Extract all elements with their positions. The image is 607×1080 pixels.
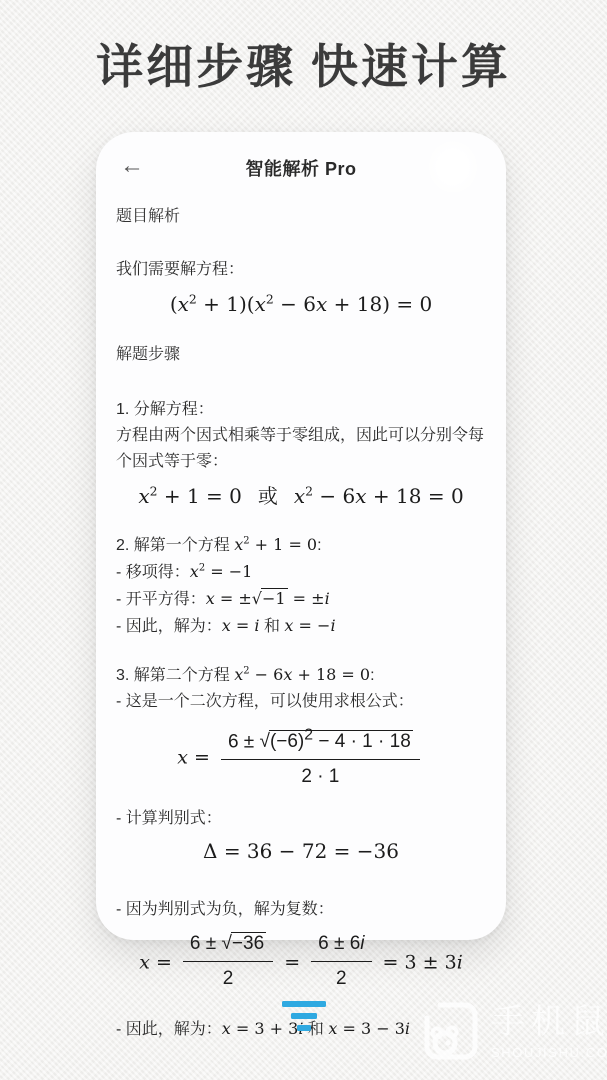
math-expression: x2 + 1 = 0: [138, 484, 242, 508]
watermark: 手机鼠 SHOUJISHU.COM: [424, 1002, 607, 1065]
math-display-line: x = 6 ± √−362 = 6 ± 6i2 = 3 ± 3i: [116, 931, 486, 996]
watermark-name: 手机鼠: [491, 1002, 607, 1043]
text-segment: 3. 解第二个方程: [116, 667, 234, 684]
watermark-text: 手机鼠 SHOUJISHU.COM: [491, 1002, 607, 1060]
text-segment: - 移项得：: [116, 564, 190, 581]
text-line: 1. 分解方程：: [116, 397, 486, 423]
text-segment: 1. 分解方程：: [116, 401, 214, 418]
text-line: 2. 解第一个方程 x2 + 1 = 0:: [116, 532, 486, 559]
math-display-line: x = 6 ± √(−6)2 − 4 · 1 · 182 · 1: [116, 723, 486, 794]
math-expression: x = 3 − 3i: [328, 1019, 410, 1038]
mouse-logo-icon: [424, 1002, 478, 1065]
text-segment: :: [317, 537, 321, 554]
text-line: 我们需要解方程：: [116, 257, 486, 283]
math-expression: x2 + 1 = 0: [234, 535, 317, 554]
math-expression: (x2 + 1)(x2 − 6x + 18) = 0: [170, 292, 432, 316]
text-segment: - 开平方得：: [116, 591, 206, 608]
math-expression: x = i: [222, 616, 260, 635]
math-display-line: Δ = 36 − 72 = −36: [116, 836, 486, 867]
watermark-site: SHOUJISHU.COM: [491, 1045, 607, 1060]
funnel-logo-icon: [282, 1001, 326, 1037]
math-expression: Δ = 36 − 72 = −36: [203, 839, 399, 863]
phone-screen-card: ← 智能解析 Pro 题目解析我们需要解方程：(x2 + 1)(x2 − 6x …: [96, 132, 506, 940]
app-header: ← 智能解析 Pro: [96, 132, 506, 192]
text-segment: - 因此，解为：: [116, 1021, 222, 1038]
text-segment: - 这是一个二次方程，可以使用求根公式：: [116, 693, 414, 710]
back-arrow-icon[interactable]: ←: [120, 154, 144, 178]
math-expression: = 3 ± 3i: [377, 952, 463, 974]
text-line: - 移项得：x2 = −1: [116, 559, 486, 586]
math-display-line: (x2 + 1)(x2 − 6x + 18) = 0: [116, 289, 486, 320]
funnel-bar: [291, 1013, 317, 1019]
math-expression: x2 = −1: [190, 562, 253, 581]
text-segment: - 因此，解为：: [116, 618, 222, 635]
text-segment: 我们需要解方程：: [116, 261, 244, 278]
fraction: 6 ± 6i2: [311, 929, 371, 994]
text-segment: 或: [258, 486, 278, 508]
math-expression: x2 − 6x + 18 = 0: [234, 665, 370, 684]
hero-title: 详细步骤 快速计算: [0, 30, 607, 97]
math-display-line: x2 + 1 = 0或x2 − 6x + 18 = 0: [116, 481, 486, 512]
math-expression: x =: [177, 747, 216, 769]
text-line: - 因为判别式为负，解为复数：: [116, 897, 486, 923]
fraction: 6 ± √−362: [183, 929, 273, 994]
math-expression: x =: [139, 952, 178, 974]
text-line: 方程由两个因式相乘等于零组成，因此可以分别令每个因式等于零：: [116, 423, 486, 475]
text-line: - 因此，解为：x = i 和 x = −i: [116, 613, 486, 640]
text-line: - 计算判别式：: [116, 806, 486, 832]
text-segment: - 因为判别式为负，解为复数：: [116, 901, 334, 918]
math-expression: =: [278, 952, 306, 974]
text-segment: 和: [260, 618, 285, 635]
text-segment: :: [370, 667, 374, 684]
text-line: 3. 解第二个方程 x2 − 6x + 18 = 0:: [116, 662, 486, 689]
text-segment: - 计算判别式：: [116, 810, 222, 827]
text-segment: 方程由两个因式相乘等于零组成，因此可以分别令每个因式等于零：: [116, 427, 484, 470]
math-expression: x = −i: [284, 616, 335, 635]
text-segment: 题目解析: [116, 208, 180, 225]
app-title: 智能解析 Pro: [245, 155, 356, 181]
solution-content: 题目解析我们需要解方程：(x2 + 1)(x2 − 6x + 18) = 0解题…: [96, 192, 506, 1043]
text-line: - 开平方得：x = ±√−1 = ±i: [116, 586, 486, 613]
fraction: 6 ± √(−6)2 − 4 · 1 · 182 · 1: [221, 721, 420, 792]
text-segment: 解题步骤: [116, 346, 180, 363]
funnel-bar: [297, 1025, 311, 1031]
funnel-bar: [282, 1001, 326, 1007]
text-segment: 2. 解第一个方程: [116, 537, 234, 554]
math-expression: x = ±√−1 = ±i: [206, 589, 330, 608]
section-label: 题目解析: [116, 204, 486, 229]
section-label: 解题步骤: [116, 342, 486, 367]
math-expression: x2 − 6x + 18 = 0: [294, 484, 464, 508]
text-line: - 这是一个二次方程，可以使用求根公式：: [116, 689, 486, 715]
